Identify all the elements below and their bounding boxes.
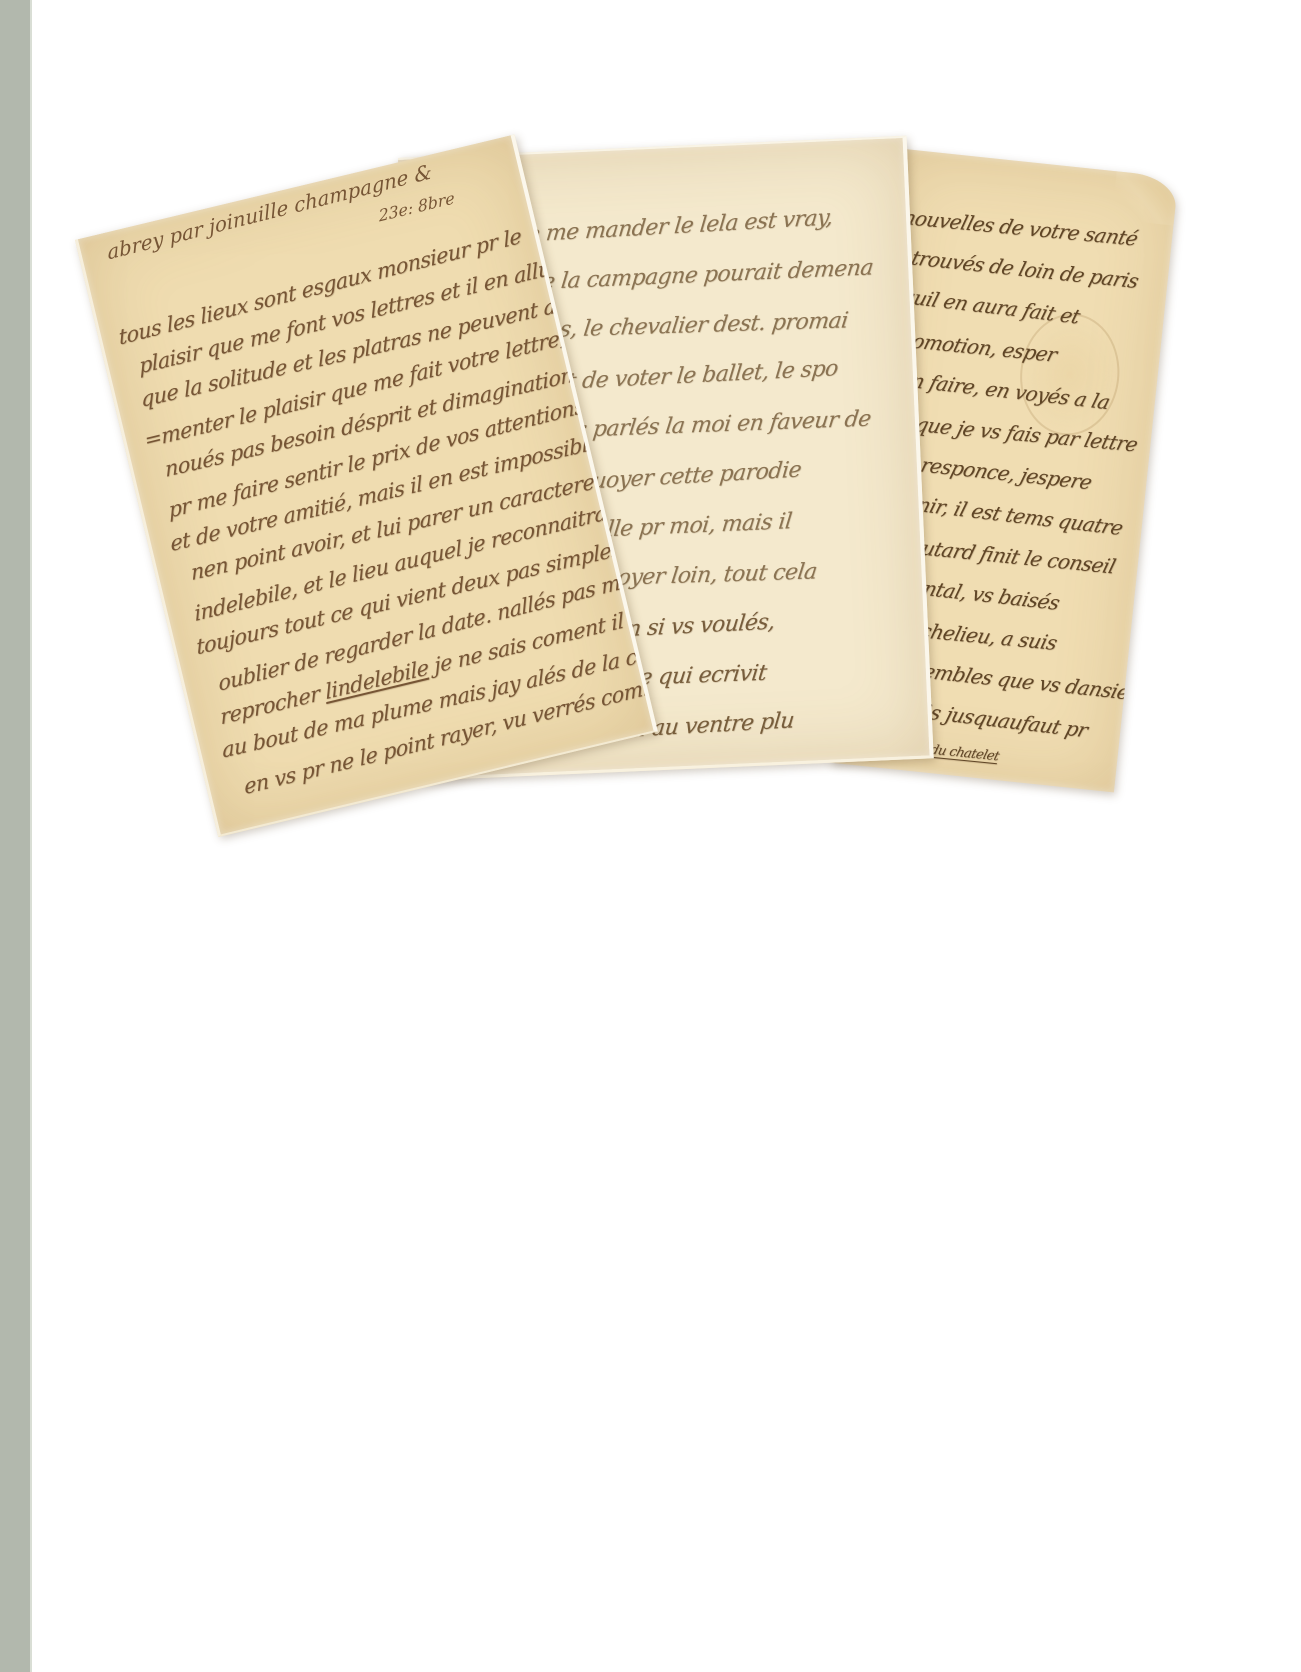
folded-corner xyxy=(1112,169,1179,225)
left-margin-bar xyxy=(0,0,32,1672)
catalog-plate: nouvelles de votre santétrouvés de loin … xyxy=(0,0,1301,1672)
